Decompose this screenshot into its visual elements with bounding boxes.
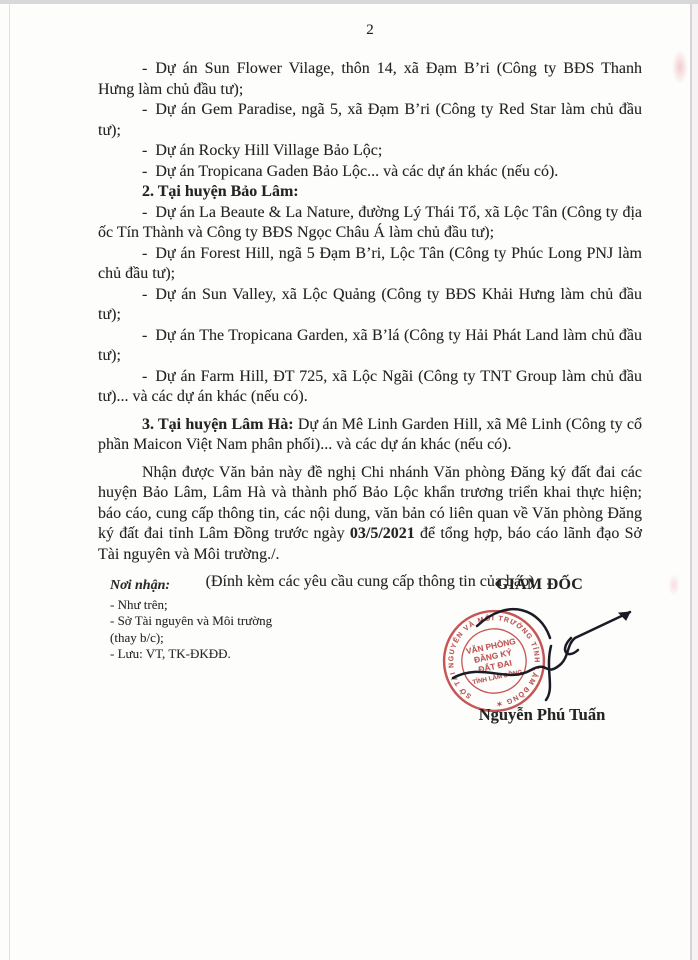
scan-edge-top	[0, 0, 698, 4]
handwritten-signature	[447, 586, 657, 704]
text-run: - Dự án Farm Hill, ĐT 725, xã Lộc Ngãi (…	[98, 368, 642, 406]
bullet-item: - Dự án Gem Paradise, ngã 5, xã Đạm B’ri…	[98, 100, 642, 141]
recipient-line: - Sở Tài nguyên và Môi trường	[110, 613, 272, 630]
text-run: 03/5/2021	[350, 525, 415, 542]
paragraph: 2. Tại huyện Bảo Lâm:	[98, 182, 642, 203]
text-run: - Dự án Tropicana Gaden Bảo Lộc... và cá…	[142, 163, 558, 180]
text-run: - Dự án Forest Hill, ngã 5 Đạm B’ri, Lộc…	[98, 245, 642, 283]
bullet-item: - Dự án The Tropicana Garden, xã B’lá (C…	[98, 326, 642, 367]
text-run: - Dự án Sun Flower Vilage, thôn 14, xã Đ…	[98, 60, 642, 98]
document-body: - Dự án Sun Flower Vilage, thôn 14, xã Đ…	[98, 59, 642, 593]
recipients-block: Nơi nhận: - Như trên; - Sở Tài nguyên và…	[110, 578, 272, 663]
bullet-item: - Dự án Farm Hill, ĐT 725, xã Lộc Ngãi (…	[98, 367, 642, 408]
bullet-item: - Dự án Rocky Hill Village Bảo Lộc;	[98, 141, 642, 162]
text-run: 3. Tại huyện Lâm Hà:	[142, 416, 294, 433]
scanned-document-page: 2 - Dự án Sun Flower Vilage, thôn 14, xã…	[0, 0, 698, 960]
paragraph: 3. Tại huyện Lâm Hà: Dự án Mê Linh Garde…	[98, 415, 642, 456]
text-run: - Dự án Sun Valley, xã Lộc Quảng (Công t…	[98, 286, 642, 324]
page-number: 2	[98, 22, 642, 39]
bullet-item: - Dự án Forest Hill, ngã 5 Đạm B’ri, Lộc…	[98, 244, 642, 285]
paragraph: Nhận được Văn bản này đề nghị Chi nhánh …	[98, 463, 642, 566]
text-run: - Dự án The Tropicana Garden, xã B’lá (C…	[98, 327, 642, 365]
text-run: - Dự án La Beaute & La Nature, đường Lý …	[98, 204, 642, 242]
recipient-line: (thay b/c);	[110, 630, 272, 647]
text-run: 2. Tại huyện Bảo Lâm:	[142, 183, 299, 200]
text-run: - Dự án Gem Paradise, ngã 5, xã Đạm B’ri…	[98, 101, 642, 139]
recipients-title: Nơi nhận:	[110, 578, 272, 595]
scan-smudge	[672, 50, 688, 84]
text-run: - Dự án Rocky Hill Village Bảo Lộc;	[142, 142, 382, 159]
bullet-item: - Dự án Tropicana Gaden Bảo Lộc... và cá…	[98, 162, 642, 183]
document-footer: Nơi nhận: - Như trên; - Sở Tài nguyên và…	[0, 572, 698, 960]
bullet-item: - Dự án Sun Flower Vilage, thôn 14, xã Đ…	[98, 59, 642, 100]
bullet-item: - Dự án Sun Valley, xã Lộc Quảng (Công t…	[98, 285, 642, 326]
recipient-line: - Lưu: VT, TK-ĐKĐĐ.	[110, 646, 272, 663]
bullet-item: - Dự án La Beaute & La Nature, đường Lý …	[98, 203, 642, 244]
recipient-line: - Như trên;	[110, 597, 272, 614]
signer-name: Nguyễn Phú Tuấn	[437, 705, 647, 725]
